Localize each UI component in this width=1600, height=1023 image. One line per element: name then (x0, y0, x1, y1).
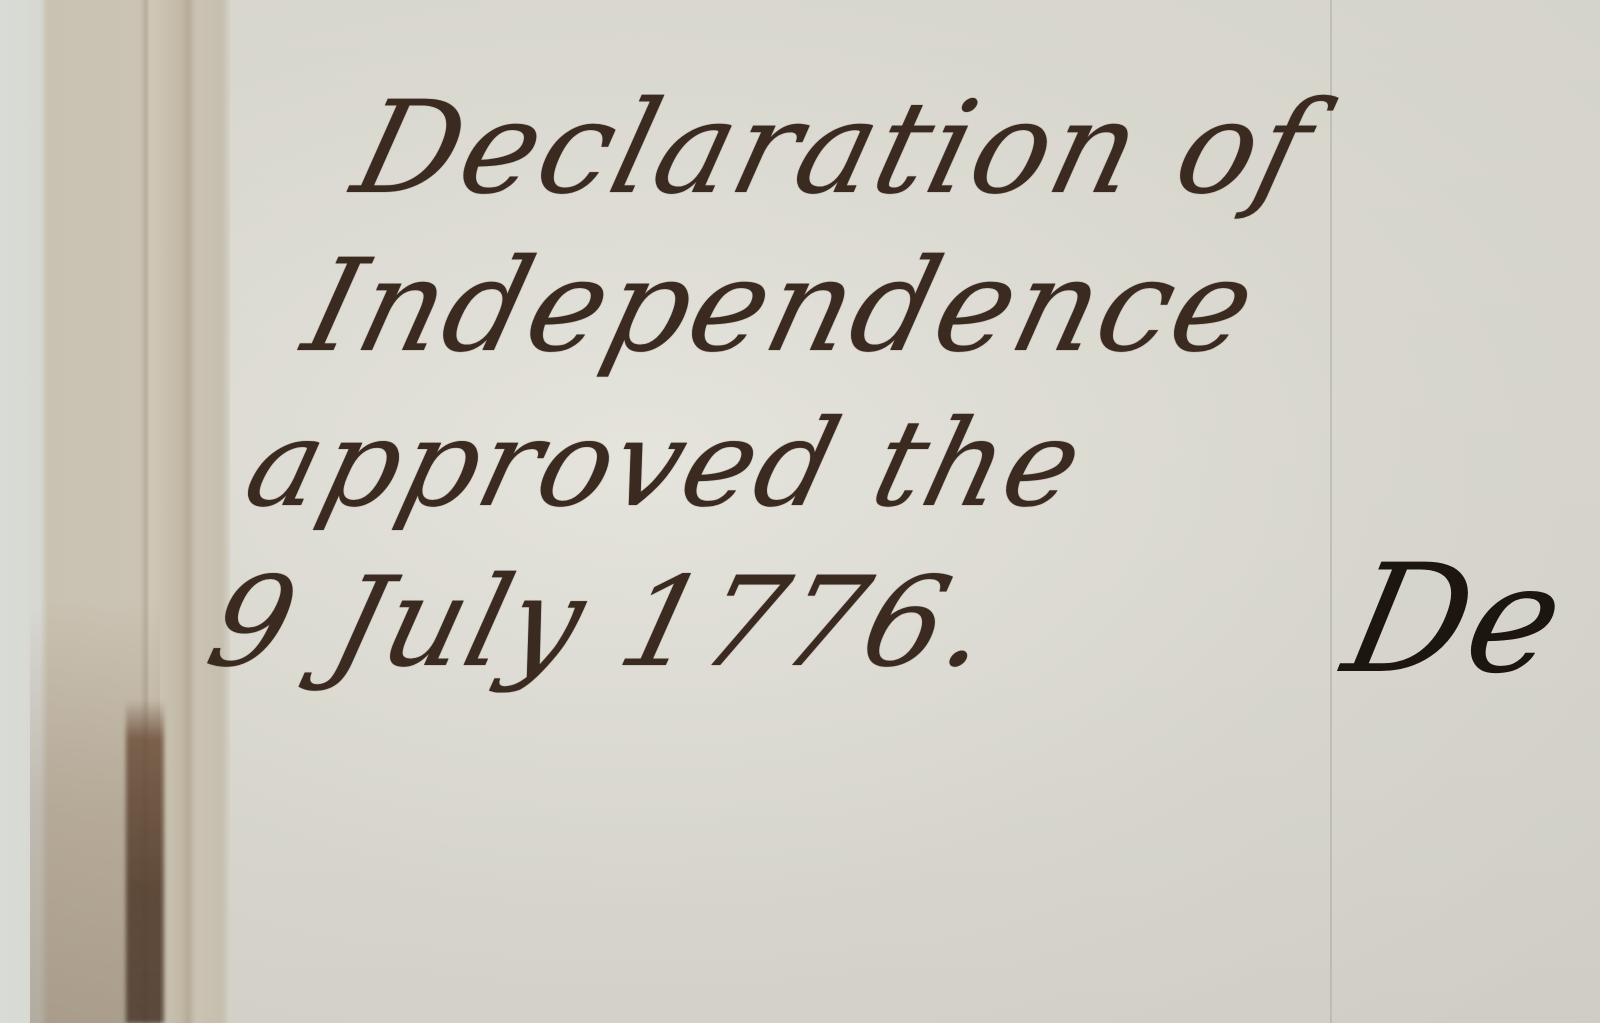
main-text-fragment: De (1333, 540, 1576, 700)
page-fold-line (1330, 0, 1332, 1023)
binding-stain (126, 700, 164, 1023)
margin-inscription: Declaration of Independence approved the… (211, 70, 1349, 702)
inscription-line-3: approved the (231, 386, 1270, 544)
inscription-line-4: 9 July 1776. (193, 544, 1230, 702)
inscription-line-2: Independence (290, 228, 1309, 386)
inscription-line-1: Declaration of (339, 70, 1348, 228)
